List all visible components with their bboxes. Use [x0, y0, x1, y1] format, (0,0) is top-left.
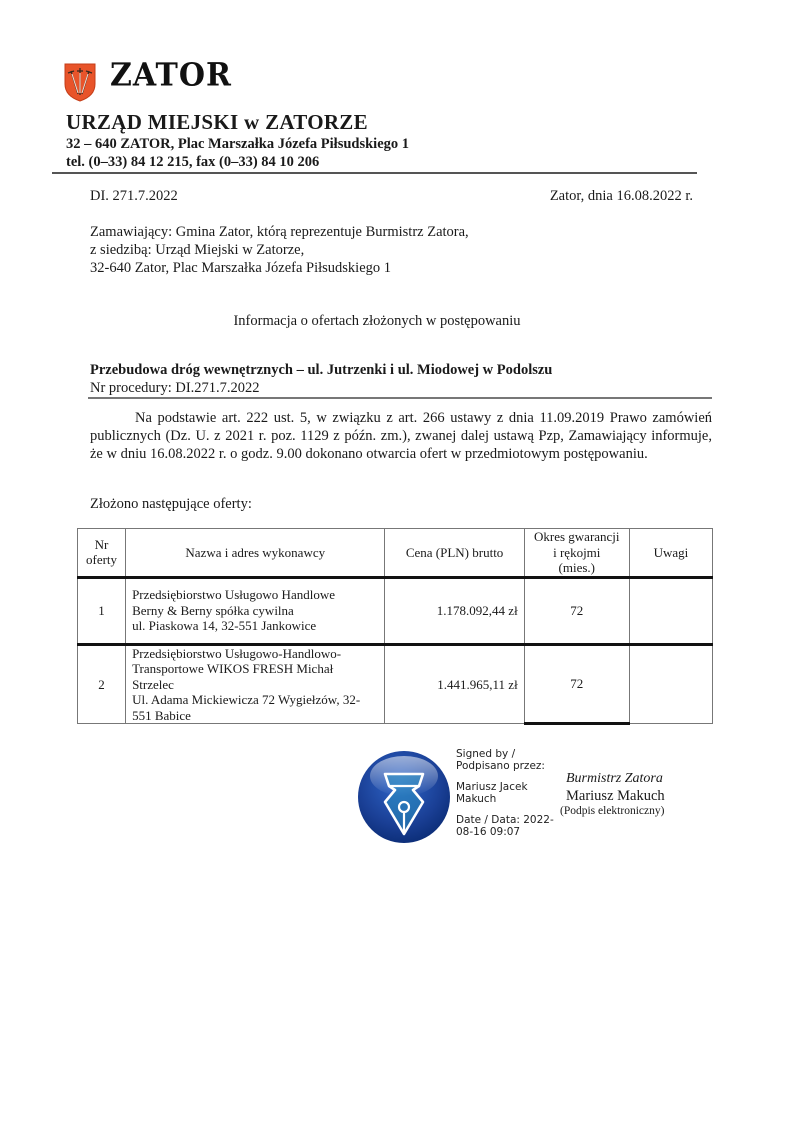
legal-basis-paragraph: Na podstawie art. 222 ust. 5, w związku … [90, 409, 712, 463]
offers-table: Nr oferty Nazwa i adres wykonawcy Cena (… [77, 528, 713, 725]
brand-logo-text: ZATOR [110, 57, 232, 94]
cell-offer-number: 1 [78, 577, 126, 644]
buyer-line: 32-640 Zator, Plac Marszałka Józefa Piłs… [90, 259, 469, 277]
table-row: 2 Przedsiębiorstwo Usługowo-Handlowo- Tr… [78, 644, 713, 724]
contractor-line: Strzelec [132, 677, 378, 693]
cell-warranty: 72 [524, 644, 629, 724]
header-line: i rękojmi [531, 545, 623, 561]
header-contractor: Nazwa i adres wykonawcy [126, 529, 385, 578]
header-price: Cena (PLN) brutto [385, 529, 524, 578]
cell-contractor: Przedsiębiorstwo Usługowo Handlowe Berny… [126, 577, 385, 644]
document-title-text: Informacja o ofertach złożonych w postęp… [233, 313, 520, 329]
contractor-line: Ul. Adama Mickiewicza 72 Wygiełzów, 32- [132, 692, 378, 708]
offers-lead-text: Złożono następujące oferty: [90, 496, 252, 513]
electronic-signature-note: (Podpis elektroniczny) [560, 805, 664, 817]
header-warranty: Okres gwarancji i rękojmi (mies.) [524, 529, 629, 578]
contractor-line: Przedsiębiorstwo Usługowo Handlowe [132, 587, 378, 603]
office-phone-fax: tel. (0–33) 84 12 215, fax (0–33) 84 10 … [66, 154, 319, 171]
header-line: oferty [84, 552, 119, 568]
header-divider [52, 172, 697, 174]
cell-price: 1.441.965,11 zł [385, 644, 524, 724]
header-line: Okres gwarancji [531, 529, 623, 545]
subject-divider [88, 397, 712, 399]
contractor-line: Berny & Berny spółka cywilna [132, 603, 378, 619]
cell-remarks [629, 644, 712, 724]
contractor-line: 551 Babice [132, 708, 378, 724]
header-remarks: Uwagi [629, 529, 712, 578]
header-line: (mies.) [531, 560, 623, 576]
cell-offer-number: 2 [78, 644, 126, 724]
header-offer-number: Nr oferty [78, 529, 126, 578]
contractor-line: Transportowe WIKOS FRESH Michał [132, 661, 378, 677]
procedure-number: Nr procedury: DI.271.7.2022 [90, 380, 260, 397]
signature-date: Date / Data: 2022- [456, 815, 556, 827]
signed-by-label: Podpisano przez: [456, 761, 556, 773]
buyer-line: z siedzibą: Urząd Miejski w Zatorze, [90, 241, 469, 259]
signature-metadata: Signed by / Podpisano przez: Mariusz Jac… [456, 749, 556, 838]
cell-remarks [629, 577, 712, 644]
header-line: Nr [84, 537, 119, 553]
procurement-subject: Przebudowa dróg wewnętrznych – ul. Jutrz… [90, 362, 552, 379]
table-row: 1 Przedsiębiorstwo Usługowo Handlowe Ber… [78, 577, 713, 644]
signer-name: Mariusz Jacek [456, 782, 556, 794]
signature-date: 08-16 09:07 [456, 827, 556, 839]
office-name: URZĄD MIEJSKI w ZATORZE [66, 110, 368, 135]
table-header-row: Nr oferty Nazwa i adres wykonawcy Cena (… [78, 529, 713, 578]
fountain-pen-nib-icon [357, 750, 451, 844]
reference-number: DI. 271.7.2022 [90, 188, 178, 205]
signer-name: Makuch [456, 794, 556, 806]
signer-full-name: Mariusz Makuch [566, 788, 665, 805]
document-title: Informacja o ofertach złożonych w postęp… [0, 313, 800, 330]
signer-role: Burmistrz Zatora [566, 771, 663, 787]
cell-warranty: 72 [524, 577, 629, 644]
signed-by-label: Signed by / [456, 749, 556, 761]
buyer-block: Zamawiający: Gmina Zator, którą reprezen… [90, 223, 469, 277]
office-address: 32 – 640 ZATOR, Plac Marszałka Józefa Pi… [66, 136, 409, 153]
contractor-line: ul. Piaskowa 14, 32-551 Jankowice [132, 618, 378, 634]
cell-contractor: Przedsiębiorstwo Usługowo-Handlowo- Tran… [126, 644, 385, 724]
buyer-line: Zamawiający: Gmina Zator, którą reprezen… [90, 223, 469, 241]
date-line: Zator, dnia 16.08.2022 r. [550, 188, 693, 205]
cell-price: 1.178.092,44 zł [385, 577, 524, 644]
coat-of-arms-icon [63, 62, 97, 102]
contractor-line: Przedsiębiorstwo Usługowo-Handlowo- [132, 646, 378, 662]
